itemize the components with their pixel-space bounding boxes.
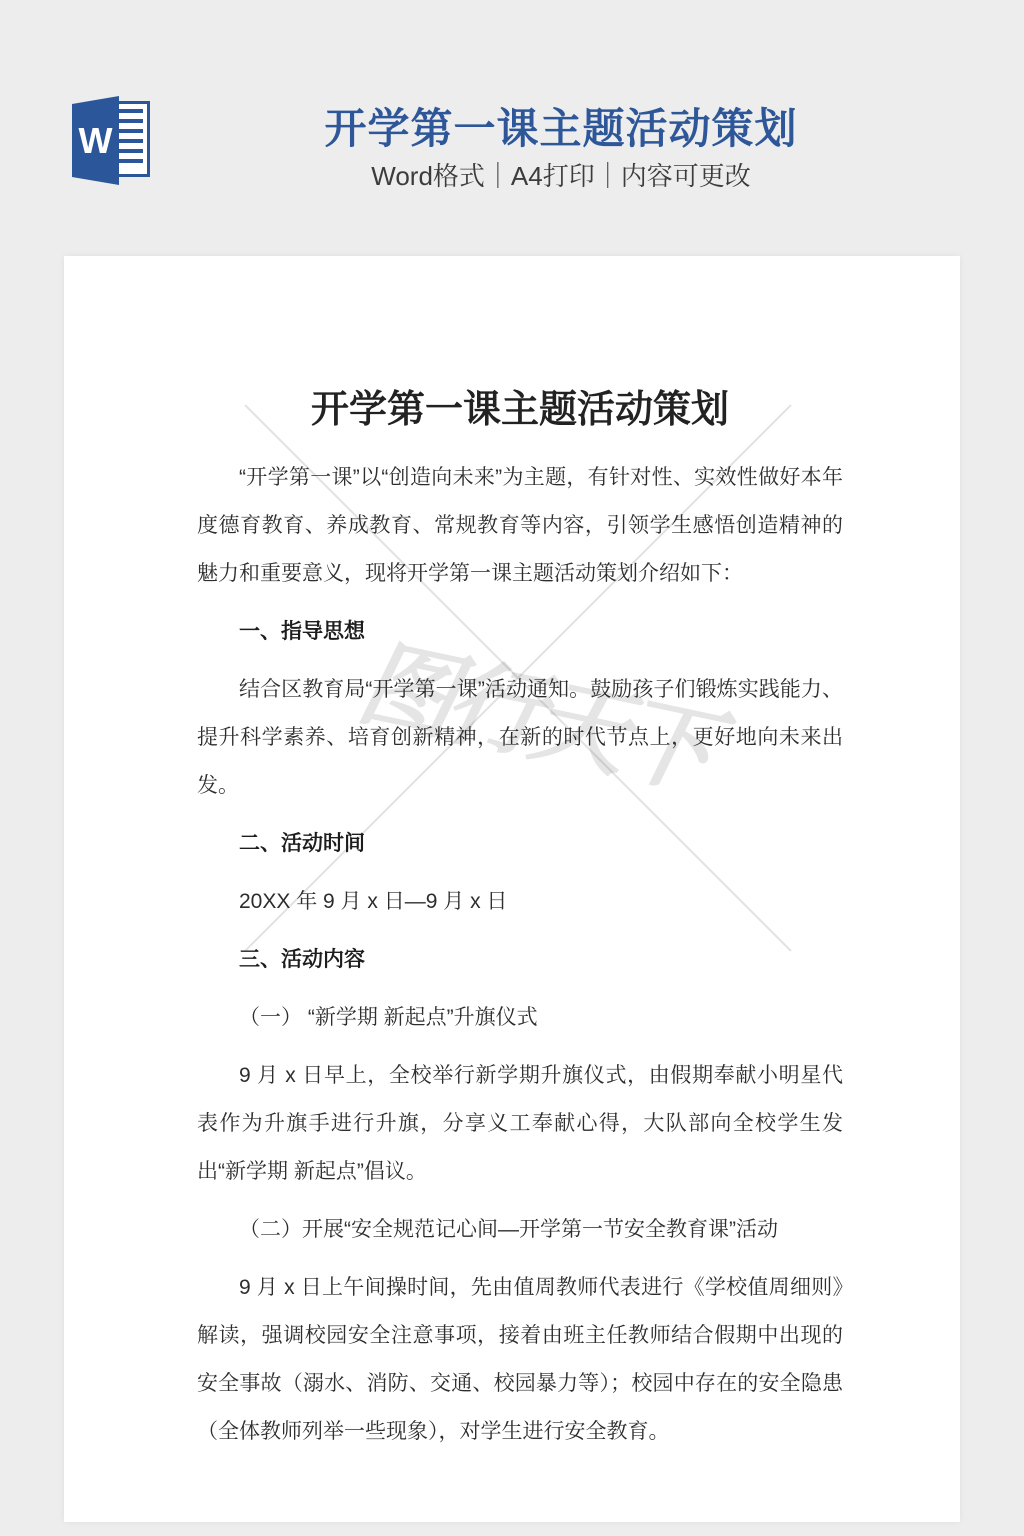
- document-preview-screen: { "header": { "icon_letter": "W", "title…: [0, 0, 1024, 1536]
- section-heading: 三、活动内容: [197, 936, 843, 984]
- paragraph: （一） “新学期 新起点”升旗仪式: [197, 994, 843, 1042]
- paragraph: 结合区教育局“开学第一课”活动通知。鼓励孩子们锻炼实践能力、提升科学素养、培育创…: [197, 666, 843, 810]
- word-icon-letter: W: [79, 123, 113, 159]
- site-header: W 开学第一课主题活动策划 Word格式｜A4打印｜内容可更改: [0, 0, 1024, 256]
- paragraph: 9 月 x 日上午间操时间，先由值周教师代表进行《学校值周细则》解读，强调校园安…: [197, 1264, 843, 1456]
- document-page: 图行天下 开学第一课主题活动策划 “开学第一课”以“创造向未来”为主题，有针对性…: [64, 256, 960, 1522]
- paragraph: （二）开展“安全规范记心间—开学第一节安全教育课”活动: [197, 1206, 843, 1254]
- word-icon-blue-flag: W: [72, 96, 119, 185]
- paragraph: 20XX 年 9 月 x 日—9 月 x 日: [197, 878, 843, 926]
- document-title: 开学第一课主题活动策划: [197, 384, 843, 436]
- document-content: 开学第一课主题活动策划 “开学第一课”以“创造向未来”为主题，有针对性、实效性做…: [197, 256, 843, 1466]
- section-heading: 一、指导思想: [197, 608, 843, 656]
- page-subtitle: Word格式｜A4打印｜内容可更改: [371, 156, 750, 193]
- paragraph: 9 月 x 日早上，全校举行新学期升旗仪式，由假期奉献小明星代表作为升旗手进行升…: [197, 1052, 843, 1196]
- section-heading: 二、活动时间: [197, 820, 843, 868]
- word-file-icon: W: [72, 96, 150, 185]
- page-title: 开学第一课主题活动策划: [324, 96, 797, 156]
- paragraph: “开学第一课”以“创造向未来”为主题，有针对性、实效性做好本年度德育教育、养成教…: [197, 454, 843, 598]
